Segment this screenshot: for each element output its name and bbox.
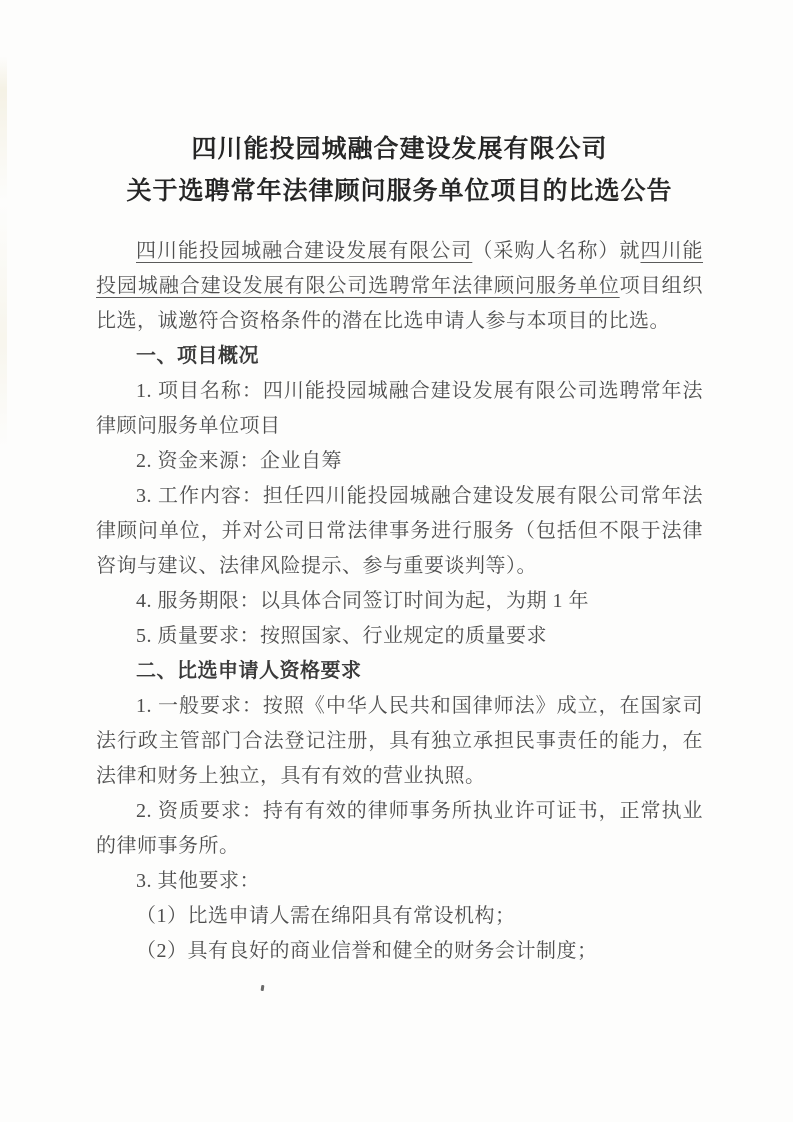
- scan-speck-artifact: [261, 985, 265, 991]
- document-content: 四川能投园城融合建设发展有限公司 关于选聘常年法律顾问服务单位项目的比选公告 四…: [96, 128, 703, 969]
- document-body: 四川能投园城融合建设发展有限公司（采购人名称）就四川能投园城融合建设发展有限公司…: [96, 234, 703, 969]
- qualification-subitem-credit: （2）具有良好的商业信誉和健全的财务会计制度；: [96, 934, 703, 969]
- qualification-subitem-local-office: （1）比选申请人需在绵阳具有常设机构；: [96, 899, 703, 934]
- document-title: 四川能投园城融合建设发展有限公司 关于选聘常年法律顾问服务单位项目的比选公告: [96, 128, 703, 212]
- intro-plain-text: （采购人名称）就: [472, 240, 640, 262]
- qualification-item-general: 1. 一般要求：按照《中华人民共和国律师法》成立，在国家司法行政主管部门合法登记…: [96, 689, 703, 794]
- overview-item-quality-requirement: 5. 质量要求：按照国家、行业规定的质量要求: [96, 619, 703, 654]
- section-heading-overview: 一、项目概况: [96, 339, 703, 374]
- document-title-line2: 关于选聘常年法律顾问服务单位项目的比选公告: [96, 170, 703, 212]
- intro-paragraph: 四川能投园城融合建设发展有限公司（采购人名称）就四川能投园城融合建设发展有限公司…: [96, 234, 703, 339]
- document-title-line1: 四川能投园城融合建设发展有限公司: [96, 128, 703, 170]
- overview-item-funding-source: 2. 资金来源：企业自筹: [96, 444, 703, 479]
- section-heading-qualification: 二、比选申请人资格要求: [96, 654, 703, 689]
- overview-item-project-name: 1. 项目名称：四川能投园城融合建设发展有限公司选聘常年法律顾问服务单位项目: [96, 374, 703, 444]
- document-page: 四川能投园城融合建设发展有限公司 关于选聘常年法律顾问服务单位项目的比选公告 四…: [0, 0, 793, 1122]
- scan-edge-artifact: [0, 0, 7, 1122]
- purchaser-name-underlined: 四川能投园城融合建设发展有限公司: [136, 240, 472, 262]
- qualification-item-license: 2. 资质要求：持有有效的律师事务所执业许可证书，正常执业的律师事务所。: [96, 794, 703, 864]
- overview-item-work-content: 3. 工作内容：担任四川能投园城融合建设发展有限公司常年法律顾问单位，并对公司日…: [96, 479, 703, 584]
- qualification-item-other-label: 3. 其他要求：: [96, 864, 703, 899]
- overview-item-service-term: 4. 服务期限：以具体合同签订时间为起，为期 1 年: [96, 584, 703, 619]
